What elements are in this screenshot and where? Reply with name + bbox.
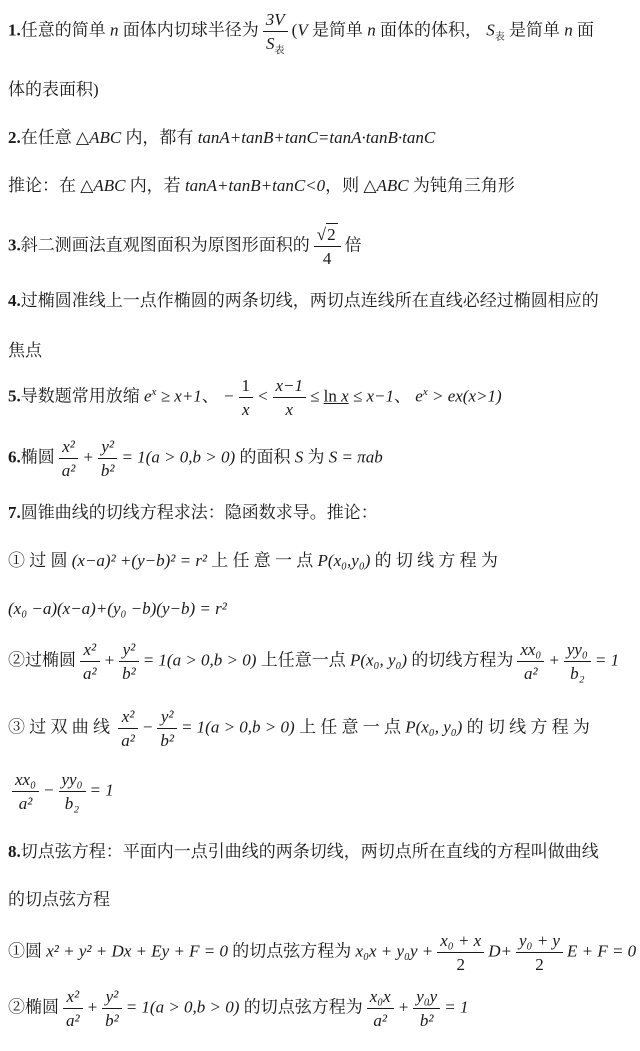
item2-line1: 2.在任意 △ABC 内，都有 tanA+tanB+tanC=tanA·tanB… — [8, 125, 632, 151]
text-run: 过椭圆准线上一点作椭圆的两条切线，两切点连线所在直线必经过椭圆相应的 — [21, 291, 599, 310]
text-run: 的面积 — [235, 448, 295, 467]
text-run: 为 — [303, 448, 329, 467]
item3-line: 3.斜二测画法直观图面积为原图形面积的√24倍 — [8, 225, 632, 268]
math-run: S = πab — [329, 448, 383, 467]
fraction: 3VS表 — [263, 10, 288, 53]
math-run: x₀x + y₀y + — [356, 942, 434, 961]
fraction-denominator: a² — [80, 662, 100, 683]
item4-line2: 焦点 — [8, 338, 632, 364]
item4-line1: 4.过椭圆准线上一点作椭圆的两条切线，两切点连线所在直线必经过椭圆相应的 — [8, 288, 632, 314]
fraction: y²b² — [157, 707, 177, 750]
item-number: 4. — [8, 291, 21, 310]
fraction-denominator: a² — [118, 729, 138, 750]
text-run: 倍 — [345, 236, 362, 255]
fraction: x²a² — [80, 640, 100, 683]
item7-case3-line1: ③ 过 双 曲 线 x²a²−y²b²= 1(a > 0,b > 0) 上 任 … — [8, 707, 632, 750]
text-run: 焦点 — [8, 341, 42, 360]
triangle-symbol: △ — [363, 176, 376, 195]
math-run: tanA+tanB+tanC=tanA·tanB·tanC — [198, 128, 435, 147]
sqrt-sign: √ — [317, 225, 326, 244]
fraction-denominator: a² — [12, 792, 39, 813]
math-run: = 1(a > 0,b > 0) — [181, 718, 295, 737]
subscript: 表 — [495, 32, 505, 43]
fraction-numerator: y² — [102, 987, 122, 1009]
circled-number: ③ — [8, 718, 25, 737]
fraction-numerator: y² — [98, 437, 118, 459]
fraction-numerator: 3V — [263, 10, 288, 32]
fraction: x₀xa² — [367, 987, 394, 1030]
text-run: 过 双 曲 线 — [25, 718, 114, 737]
fraction-numerator: xx₀ — [517, 640, 544, 662]
fraction-numerator: 1 — [239, 376, 254, 398]
fraction-numerator: y² — [119, 640, 139, 662]
fraction-denominator: b₂ — [564, 662, 591, 683]
text-run: 为钝角三角形 — [409, 176, 515, 195]
text-run: 的 切 线 方 程 为 — [370, 551, 498, 570]
text-run: ，则 — [325, 176, 363, 195]
math-run: S — [486, 20, 495, 39]
math-run: − — [142, 718, 153, 737]
math-run: V — [297, 20, 307, 39]
math-run: = 1 — [90, 781, 114, 800]
math-function: ln — [324, 387, 341, 406]
fraction-denominator: b₂ — [59, 792, 86, 813]
item8-line2: 的切点弦方程 — [8, 887, 632, 913]
fraction: xx₀a² — [517, 640, 544, 683]
fraction-numerator: y₀y — [413, 987, 440, 1009]
fraction-numerator: xx₀ — [12, 770, 39, 792]
fraction-denominator: a² — [517, 662, 544, 683]
math-run: (x₀ −a)(x−a)+(y₀ −b)(y−b) = r² — [8, 599, 227, 618]
math-run: + — [501, 942, 512, 961]
text-run: 圆锥曲线的切线方程求法：隐函数求导。推论： — [21, 503, 378, 522]
text-run: 圆 — [25, 942, 46, 961]
math-run: (x−a)² +(y−b)² = r² — [72, 551, 207, 570]
fraction-denominator: 2 — [437, 953, 484, 974]
math-run: ABC — [89, 128, 121, 147]
text-run: 的切点弦方程为 — [228, 942, 351, 961]
text-run: 面体内切球半径为 — [119, 20, 259, 39]
fraction-denominator: b² — [119, 662, 139, 683]
fraction-numerator: y² — [157, 707, 177, 729]
fraction: yy₀b₂ — [59, 770, 86, 813]
math-run: + — [82, 448, 93, 467]
text-run: 面 — [573, 20, 594, 39]
text-run: 的 切 线 方 程 为 — [462, 718, 590, 737]
math-run: = 1(a > 0,b > 0) — [121, 448, 235, 467]
text-run: 是简单 — [505, 20, 565, 39]
text-run: 任意的简单 — [21, 20, 110, 39]
math-run: x — [341, 387, 349, 406]
text-run: 过 圆 — [25, 551, 72, 570]
fraction-denominator: b² — [98, 459, 118, 480]
text-run: 是简单 — [308, 20, 368, 39]
math-run: ≤ x−1 — [349, 387, 394, 406]
text-run: 的切点弦方程 — [8, 890, 110, 909]
math-run: = 1(a > 0,b > 0) — [143, 651, 257, 670]
text-run: 上 任 意 一 点 — [207, 551, 318, 570]
math-run: n — [564, 20, 573, 39]
circled-number: ② — [8, 651, 25, 670]
fraction: x²a² — [118, 707, 138, 750]
fraction-denominator: a² — [59, 459, 79, 480]
math-run: − — [43, 781, 54, 800]
fraction: x²a² — [63, 987, 83, 1030]
text-run: 导数题常用放缩 — [21, 387, 140, 406]
item-number: 8. — [8, 842, 21, 861]
text-run: 、 — [202, 387, 223, 406]
text-run: 切点弦方程：平面内一点引曲线的两条切线，两切点所在直线的方程叫做曲线 — [21, 842, 599, 861]
item7-case1-line1: ① 过 圆 (x−a)² +(y−b)² = r² 上 任 意 一 点 P(x₀… — [8, 548, 632, 574]
fraction: x₀ + x2 — [437, 931, 484, 974]
math-run: + — [398, 997, 409, 1016]
item1-line1: 1.任意的简单 n 面体内切球半径为3VS表(V 是简单 n 面体的体积， S表… — [8, 10, 632, 53]
item7-case2-line: ②过椭圆x²a²+y²b²= 1(a > 0,b > 0) 上任意一点 P(x₀… — [8, 640, 632, 683]
math-run: + — [87, 997, 98, 1016]
fraction-numerator: x₀x — [367, 987, 394, 1009]
math-run: ≤ — [310, 387, 319, 406]
math-run: S — [295, 448, 304, 467]
text-run: 在任意 — [21, 128, 76, 147]
fraction-numerator: y₀ + y — [516, 931, 563, 953]
math-run: P(x₀,y₀) — [318, 551, 371, 570]
math-run: n — [110, 20, 119, 39]
item-number: 7. — [8, 503, 21, 522]
math-run: ABC — [376, 176, 408, 195]
math-run: n — [367, 20, 376, 39]
item1-line2: 体的表面积) — [8, 77, 632, 103]
math-run: + — [104, 651, 115, 670]
item-number: 5. — [8, 387, 21, 406]
math-run: P(x₀, y₀) — [405, 718, 462, 737]
item6-line: 6.椭圆x²a²+y²b²= 1(a > 0,b > 0) 的面积 S 为 S … — [8, 437, 632, 480]
fraction-denominator: a² — [367, 1009, 394, 1030]
circled-number: ① — [8, 942, 25, 961]
item8-case2-line: ②椭圆x²a²+y²b²= 1(a > 0,b > 0) 的切点弦方程为x₀xa… — [8, 987, 632, 1030]
fraction-denominator: b² — [157, 729, 177, 750]
text-run: 椭圆 — [21, 448, 55, 467]
math-run: e — [144, 387, 152, 406]
text-run: 体的表面积) — [8, 80, 99, 99]
fraction-denominator: b² — [102, 1009, 122, 1030]
item5-line: 5.导数题常用放缩 ex ≥ x+1、 −1x<x−1x≤ ln x ≤ x−1… — [8, 376, 632, 419]
triangle-symbol: △ — [76, 128, 89, 147]
item-number: 3. — [8, 236, 21, 255]
fraction-denominator: S表 — [263, 32, 288, 53]
fraction: x−1x — [273, 376, 307, 419]
text-run: 内，若 — [125, 176, 185, 195]
math-run: = 1 — [595, 651, 619, 670]
text-run: 的切线方程为 — [407, 651, 513, 670]
math-run: < — [257, 387, 268, 406]
fraction: √24 — [314, 225, 341, 268]
fraction-denominator: x — [239, 398, 254, 419]
math-run: D — [488, 942, 500, 961]
fraction-numerator: yy₀ — [59, 770, 86, 792]
subscript: 表 — [274, 45, 284, 56]
text-run: 推论：在 — [8, 176, 80, 195]
fraction: y²b² — [119, 640, 139, 683]
math-run: ≥ x+1 — [156, 387, 201, 406]
text-run: 过椭圆 — [25, 651, 76, 670]
fraction-numerator: x₀ + x — [437, 931, 484, 953]
text-run: 的切点弦方程为 — [239, 997, 362, 1016]
sqrt-radicand: 2 — [326, 223, 338, 244]
fraction-numerator: yy₀ — [564, 640, 591, 662]
math-run: = 1 — [444, 997, 468, 1016]
fraction: y²b² — [98, 437, 118, 480]
math-run: − — [223, 387, 234, 406]
fraction: xx₀a² — [12, 770, 39, 813]
text-run: 、 — [394, 387, 415, 406]
text-run: 椭圆 — [25, 997, 59, 1016]
math-run: + — [548, 651, 559, 670]
item8-case1-line: ①圆 x² + y² + Dx + Ey + F = 0 的切点弦方程为 x₀x… — [8, 931, 632, 974]
fraction: y₀yb² — [413, 987, 440, 1030]
text-run: 面体的体积， — [376, 20, 487, 39]
math-run: x² + y² + Dx + Ey + F = 0 — [46, 942, 228, 961]
math-run: = 1(a > 0,b > 0) — [126, 997, 240, 1016]
item-number: 2. — [8, 128, 21, 147]
math-run: tanA+tanB+tanC<0 — [185, 176, 325, 195]
underlined-math: ln x — [324, 387, 349, 406]
item-number: 6. — [8, 448, 21, 467]
text-run: 上任意一点 — [256, 651, 350, 670]
item7-case1-line2: (x₀ −a)(x−a)+(y₀ −b)(y−b) = r² — [8, 596, 632, 622]
fraction-denominator: b² — [413, 1009, 440, 1030]
triangle-symbol: △ — [80, 176, 93, 195]
text-run: 斜二测画法直观图面积为原图形面积的 — [21, 236, 310, 255]
math-run: ABC — [93, 176, 125, 195]
fraction-numerator: x−1 — [273, 376, 307, 398]
fraction-numerator: √2 — [314, 225, 341, 247]
fraction-denominator: 2 — [516, 953, 563, 974]
fraction-numerator: x² — [63, 987, 83, 1009]
math-run: > ex(x>1) — [428, 387, 502, 406]
item2-corollary: 推论：在 △ABC 内，若 tanA+tanB+tanC<0，则 △ABC 为钝… — [8, 173, 632, 199]
fraction: y²b² — [102, 987, 122, 1030]
math-run: e — [415, 387, 423, 406]
fraction-numerator: x² — [118, 707, 138, 729]
fraction-denominator: x — [273, 398, 307, 419]
fraction: yy₀b₂ — [564, 640, 591, 683]
circled-number: ② — [8, 997, 25, 1016]
fraction: x²a² — [59, 437, 79, 480]
math-run: E + F = 0 — [567, 942, 636, 961]
text-run: 内，都有 — [121, 128, 198, 147]
text-run: 上 任 意 一 点 — [295, 718, 406, 737]
fraction-numerator: x² — [80, 640, 100, 662]
fraction-denominator: a² — [63, 1009, 83, 1030]
item7-heading: 7.圆锥曲线的切线方程求法：隐函数求导。推论： — [8, 500, 632, 526]
math-notes-document: 1.任意的简单 n 面体内切球半径为3VS表(V 是简单 n 面体的体积， S表… — [0, 0, 640, 1030]
fraction-denominator: 4 — [314, 247, 341, 268]
item-number: 1. — [8, 20, 21, 39]
fraction-numerator: x² — [59, 437, 79, 459]
circled-number: ① — [8, 551, 25, 570]
item7-case3-line2: xx₀a²−yy₀b₂= 1 — [8, 770, 632, 813]
math-run: P(x₀, y₀) — [350, 651, 407, 670]
item8-line1: 8.切点弦方程：平面内一点引曲线的两条切线，两切点所在直线的方程叫做曲线 — [8, 839, 632, 865]
fraction: y₀ + y2 — [516, 931, 563, 974]
fraction: 1x — [239, 376, 254, 419]
